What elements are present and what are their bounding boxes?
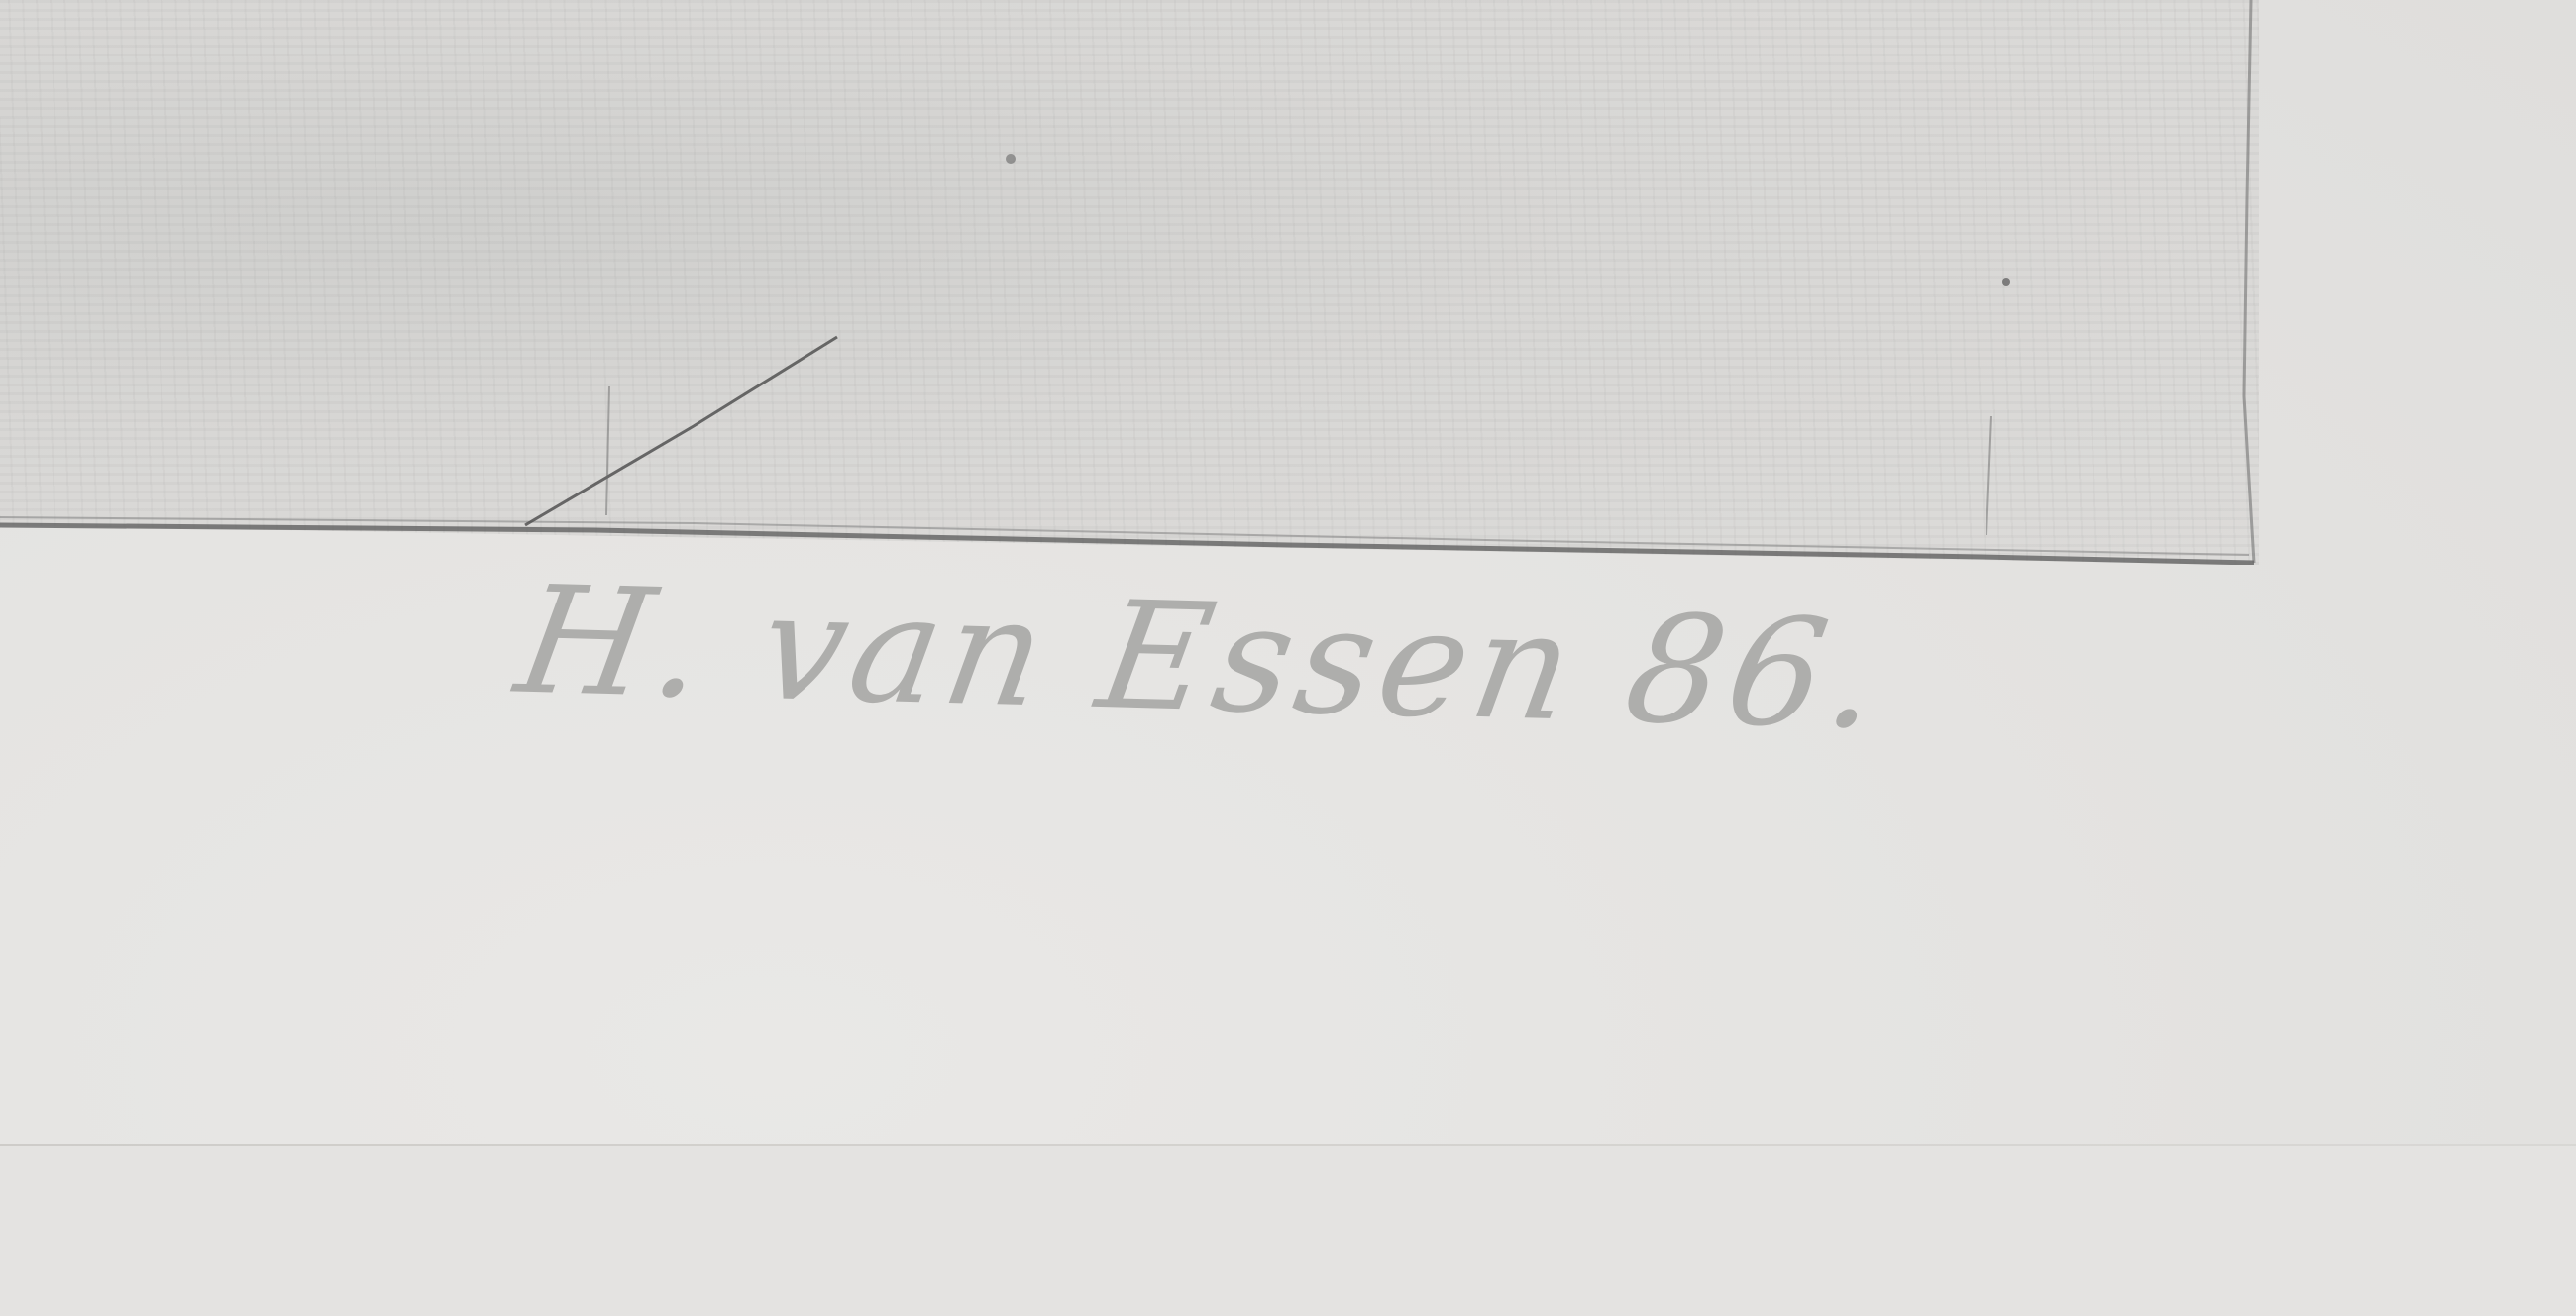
etching-plate-area <box>0 0 2259 565</box>
pencil-signature: H. van Essen 86. <box>506 555 1897 762</box>
lower-paper-strip <box>0 1146 2576 1316</box>
